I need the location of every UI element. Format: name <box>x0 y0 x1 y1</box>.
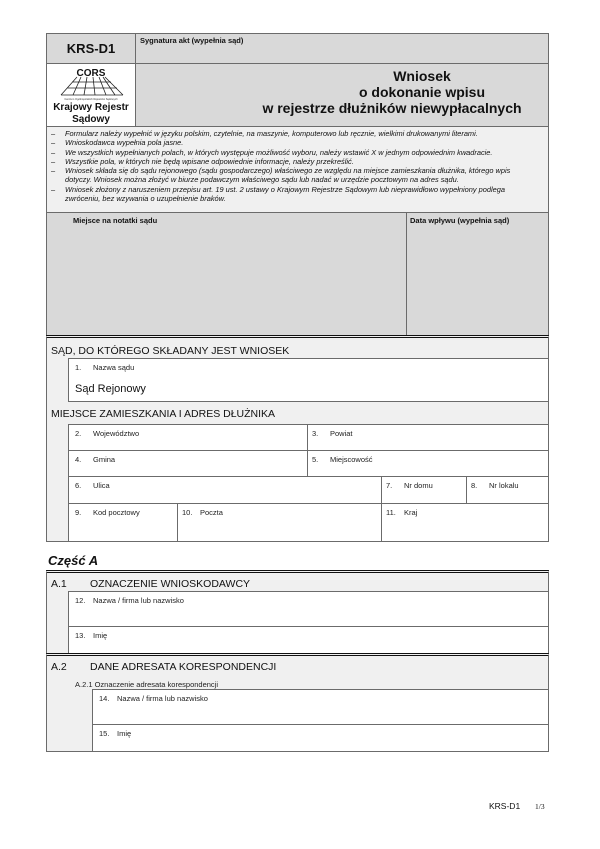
postal-code-field[interactable]: 9.Kod pocztowy <box>68 503 178 542</box>
court-notes-area: Miejsce na notatki sądu <box>46 212 407 336</box>
correspondent-name-field[interactable]: 14.Nazwa / firma lub nazwisko <box>92 689 549 725</box>
instruction-item: –Formularz należy wypełnić w języku pols… <box>47 129 548 138</box>
address-section-title: MIEJSCE ZAMIESZKANIA I ADRES DŁUŻNIKA <box>51 408 275 420</box>
title-line-1: Wniosek <box>296 68 548 84</box>
correspondent-first-name-field[interactable]: 15.Imię <box>92 724 549 752</box>
instruction-item: –Wnioskodawca wypełnia pola jasne. <box>47 138 548 147</box>
title-block: Wniosek o dokonanie wpisu w rejestrze dł… <box>135 63 549 127</box>
instruction-item: –We wszystkich wypełnianych polach, w kt… <box>47 148 548 157</box>
instruction-item: –Wniosek składa się do sądu rejonowego (… <box>47 166 548 185</box>
instructions: –Formularz należy wypełnić w języku pols… <box>46 126 549 213</box>
logo-name-line2: Sądowy <box>47 114 135 126</box>
cors-logo-icon: CORS Centrum Ogólnopolskich Rejestrów Są… <box>47 65 135 103</box>
post-office-field[interactable]: 10.Poczta <box>177 503 382 542</box>
locality-field[interactable]: 5.Miejscowość <box>307 450 549 477</box>
applicant-first-name-field[interactable]: 13.Imię <box>68 626 549 654</box>
county-field[interactable]: 3.Powiat <box>307 424 549 451</box>
receipt-date-label: Data wpływu (wypełnia sąd) <box>410 216 509 225</box>
house-number-field[interactable]: 7.Nr domu <box>381 476 467 504</box>
court-notes-label: Miejsce na notatki sądu <box>73 216 157 225</box>
title-line-3: w rejestrze dłużników niewypłacalnych <box>236 100 548 116</box>
country-field[interactable]: 11.Kraj <box>381 503 549 542</box>
a1-title: OZNACZENIE WNIOSKODAWCY <box>90 578 250 590</box>
applicant-name-field[interactable]: 12.Nazwa / firma lub nazwisko <box>68 591 549 627</box>
apartment-number-field[interactable]: 8.Nr lokalu <box>466 476 549 504</box>
court-name-label: Nazwa sądu <box>93 363 134 372</box>
svg-text:CORS: CORS <box>77 68 106 79</box>
municipality-field[interactable]: 4.Gmina <box>68 450 308 477</box>
instruction-item: –Wszystkie pola, w których nie będą wpis… <box>47 157 548 166</box>
instruction-item: –Wniosek złożony z naruszeniem przepisu … <box>47 185 548 204</box>
form-code: KRS-D1 <box>46 33 136 64</box>
a1-code: A.1 <box>51 578 67 590</box>
case-signature-label: Sygnatura akt (wypełnia sąd) <box>140 36 243 45</box>
krs-logo: CORS Centrum Ogólnopolskich Rejestrów Są… <box>46 63 136 127</box>
part-a-title: Część A <box>48 553 98 568</box>
page-number: 1/3 <box>535 802 545 811</box>
a2-code: A.2 <box>51 661 67 673</box>
court-section-title: SĄD, DO KTÓREGO SKŁADANY JEST WNIOSEK <box>51 345 289 357</box>
voivodeship-field[interactable]: 2.Województwo <box>68 424 308 451</box>
case-signature-field: Sygnatura akt (wypełnia sąd) <box>135 33 549 64</box>
svg-text:Centrum Ogólnopolskich Rejestr: Centrum Ogólnopolskich Rejestrów Sądowyc… <box>64 97 118 101</box>
footer-form-code: KRS-D1 <box>489 801 520 811</box>
title-line-2: o dokonanie wpisu <box>296 84 548 100</box>
receipt-date-area: Data wpływu (wypełnia sąd) <box>406 212 549 336</box>
a2-subtitle: A.2.1 Oznaczenie adresata korespondencji <box>75 680 218 689</box>
a2-title: DANE ADRESATA KORESPONDENCJI <box>90 661 276 673</box>
street-field[interactable]: 6.Ulica <box>68 476 382 504</box>
court-name-field[interactable]: 1.Nazwa sądu Sąd Rejonowy <box>68 358 549 402</box>
court-name-value[interactable]: Sąd Rejonowy <box>75 383 146 395</box>
logo-name-line1: Krajowy Rejestr <box>47 102 135 114</box>
